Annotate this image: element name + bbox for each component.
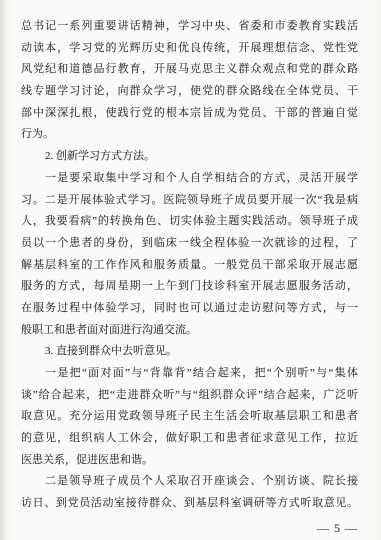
text-line: 服务的方式，每周星期一上午到门技诊科室开展志愿服务活动， [21,276,358,298]
text-line: 解基层科室的工作作风和服务质量。一般党员干部采取开展志愿 [21,255,358,277]
page-number: — 5 — [317,521,358,535]
text-line: 取意见。充分运用党政领导班子民主生活会听取基层职工和患者 [21,406,358,428]
text-line: 人，我要看病”的转换角色、切实体验主题实践活动。领导班子成 [21,211,358,233]
text-line: 一是把“面对面”与“背靠背”结合起来，把“个别听”与“集体 [21,363,358,385]
text-line: 谈”给合起来，把“走进群众听”与“组织群众评”结合起来，广泛听 [21,385,358,407]
text-line: 二是领导班子成员个人采取召开座谈会、个别访谈、院长接 [21,471,358,493]
text-line: 的意见，组织病人工休会，做好职工和患者征求意见工作，拉近 [21,428,358,450]
document-text: 总书记一系列重要讲话精神，学习中央、省委和市委教育实践活 动读本，学习党的光辉历… [21,16,358,515]
text-line: 线专题学习讨论，向群众学习，使党的群众路线在全体党员、干 [21,81,358,103]
text-line: 医患关系，促进医患和谐。 [21,450,358,472]
text-line: 在服务过程中体验学习，同时也可以通过走访慰问等方式，与一 [21,298,358,320]
text-line: 行为。 [21,124,358,146]
text-line: 部中深深扎根，使践行党的根本宗旨成为党员、干部的普遍自觉 [21,103,358,125]
text-line: 总书记一系列重要讲话精神，学习中央、省委和市委教育实践活 [21,16,358,38]
text-line: 风党纪和道德品行教育，开展马克思主义群众观点和党的群众路 [21,59,358,81]
text-line: 访日、到党员活动室接待群众、到基层科室调研等方式听取意见。 [21,493,358,515]
text-line: 一是要采取集中学习和个人自学相结合的方式，灵活开展学 [21,168,358,190]
text-line: 习。二是开展体验式学习。医院领导班子成员要开展一次“我是病 [21,190,358,212]
text-line: 员以一个患者的身份，到临床一线全程体验一次就诊的过程，了 [21,233,358,255]
text-line: 动读本，学习党的光辉历史和优良传统，开展理想信念、党性党 [21,38,358,60]
text-line: 般职工和患者面对面进行沟通交流。 [21,320,358,342]
text-line-section-heading: 3. 直接到群众中去听意见。 [21,341,358,363]
text-line-section-heading: 2. 创新学习方式方法。 [21,146,358,168]
document-page: 总书记一系列重要讲话精神，学习中央、省委和市委教育实践活 动读本，学习党的光辉历… [0,0,381,540]
